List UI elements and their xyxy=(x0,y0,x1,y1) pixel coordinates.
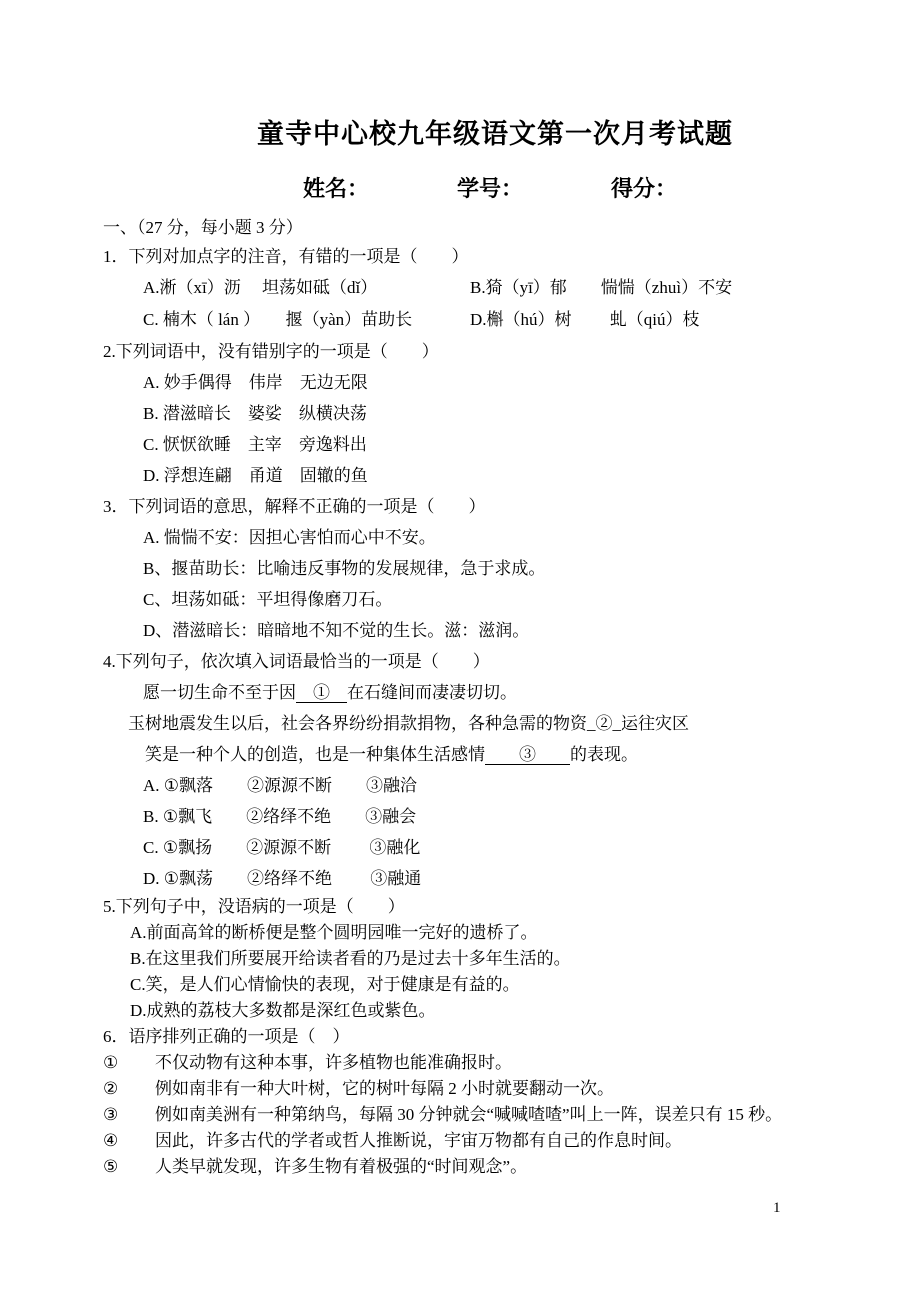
sentence-1-pre: 愿一切生命不至于因 xyxy=(143,683,296,702)
page-title: 童寺中心校九年级语文第一次月考试题 xyxy=(0,0,920,152)
question-6-sentence-5: ⑤ 人类早就发现，许多生物有着极强的“时间观念”。 xyxy=(103,1154,880,1180)
question-1-option-b: B.猗（yī）郁 惴惴（zhuì）不安 xyxy=(470,272,732,304)
question-3-stem: 3．下列词语的意思，解释不正确的一项是（ ） xyxy=(103,491,880,522)
question-4-option-a: A. ①飘落 ②源源不断 ③融洽 xyxy=(143,770,880,801)
question-6-stem: 6．语序排列正确的一项是（ ） xyxy=(103,1024,880,1050)
question-2-option-c: C. 恹恹欲睡 主宰 旁逸料出 xyxy=(143,429,880,460)
question-4-stem: 4.下列句子，依次填入词语最恰当的一项是（ ） xyxy=(103,646,880,677)
sentence-1-post: 在石缝间而凄凄切切。 xyxy=(347,683,517,702)
question-3: 3．下列词语的意思，解释不正确的一项是（ ） A. 惴惴不安：因担心害怕而心中不… xyxy=(103,491,880,646)
question-6-sentence-2-text: 例如南非有一种大叶树，它的树叶每隔 2 小时就要翻动一次。 xyxy=(155,1076,614,1102)
question-3-option-a: A. 惴惴不安：因担心害怕而心中不安。 xyxy=(143,522,880,553)
question-2-option-b: B. 潜滋暗长 婆娑 纵横决荡 xyxy=(143,398,880,429)
question-3-option-d: D、潜滋暗长：暗暗地不知不觉的生长。滋：滋润。 xyxy=(143,615,880,646)
section-heading: 一、（27 分，每小题 3 分） xyxy=(103,215,880,241)
question-5: 5.下列句子中，没语病的一项是（ ） A.前面高耸的断桥便是整个圆明园唯一完好的… xyxy=(103,894,880,1024)
exam-body: 一、（27 分，每小题 3 分） 1．下列对加点字的注音，有错的一项是（ ） A… xyxy=(0,215,920,1180)
question-3-option-b: B、揠苗助长：比喻违反事物的发展规律，急于求成。 xyxy=(143,553,880,584)
exam-page: 童寺中心校九年级语文第一次月考试题 姓名： 学号： 得分： 一、（27 分，每小… xyxy=(0,0,920,1302)
question-2-option-d: D. 浮想连翩 甬道 固辙的鱼 xyxy=(143,460,880,491)
question-6-sentence-3-text: 例如南美洲有一种第纳鸟，每隔 30 分钟就会“喊喊喳喳”叫上一阵，误差只有 15… xyxy=(155,1102,782,1128)
page-number: 1 xyxy=(773,1198,781,1218)
question-1-option-a: A.淅（xī）沥 坦荡如砥（dǐ） xyxy=(143,272,470,304)
question-2-option-a: A. 妙手偶得 伟岸 无边无限 xyxy=(143,367,880,398)
question-5-option-b: B.在这里我们所要展开给读者看的乃是过去十多年生活的。 xyxy=(130,946,880,972)
question-4-option-d: D. ①飘荡 ②络绎不绝 ③融通 xyxy=(143,863,880,894)
question-1-options-row-2: C. 楠木（ lán ） 揠（yàn）苗助长 D.槲（hú）树 虬（qiú）枝 xyxy=(143,304,880,336)
question-6: 6．语序排列正确的一项是（ ） ① 不仅动物有这种本事，许多植物也能准确报时。 … xyxy=(103,1024,880,1180)
circled-number-2: ② xyxy=(103,1076,155,1102)
question-6-sentence-3: ③ 例如南美洲有一种第纳鸟，每隔 30 分钟就会“喊喊喳喳”叫上一阵，误差只有 … xyxy=(103,1102,880,1128)
question-4: 4.下列句子，依次填入词语最恰当的一项是（ ） 愿一切生命不至于因 ① 在石缝间… xyxy=(103,646,880,894)
question-5-stem: 5.下列句子中，没语病的一项是（ ） xyxy=(103,894,880,920)
question-4-option-c: C. ①飘扬 ②源源不断 ③融化 xyxy=(143,832,880,863)
score-label: 得分： xyxy=(611,174,677,203)
question-6-sentence-4-text: 因此，许多古代的学者或哲人推断说，宇宙万物都有自己的作息时间。 xyxy=(155,1128,682,1154)
question-4-sentence-1: 愿一切生命不至于因 ① 在石缝间而凄凄切切。 xyxy=(143,677,880,708)
question-5-option-d: D.成熟的荔枝大多数都是深红色或紫色。 xyxy=(130,998,880,1024)
question-4-option-b: B. ①飘飞 ②络绎不绝 ③融会 xyxy=(143,801,880,832)
blank-1: ① xyxy=(296,683,347,702)
sentence-3-pre: 笑是一种个人的创造，也是一种集体生活感情 xyxy=(145,745,485,764)
name-label: 姓名： xyxy=(303,174,369,203)
student-info-line: 姓名： 学号： 得分： xyxy=(0,174,920,203)
question-1-options-row-1: A.淅（xī）沥 坦荡如砥（dǐ） B.猗（yī）郁 惴惴（zhuì）不安 xyxy=(143,272,880,304)
question-1-option-d: D.槲（hú）树 虬（qiú）枝 xyxy=(470,304,700,336)
question-1-stem: 1．下列对加点字的注音，有错的一项是（ ） xyxy=(103,241,880,272)
question-2: 2.下列词语中，没有错别字的一项是（ ） A. 妙手偶得 伟岸 无边无限 B. … xyxy=(103,336,880,491)
circled-number-3: ③ xyxy=(103,1102,155,1128)
question-3-option-c: C、坦荡如砥：平坦得像磨刀石。 xyxy=(143,584,880,615)
blank-3: ③ xyxy=(485,745,570,764)
question-4-sentence-2: 玉树地震发生以后，社会各界纷纷捐款捐物，各种急需的物资_②_运往灾区 xyxy=(128,708,880,739)
question-2-stem: 2.下列词语中，没有错别字的一项是（ ） xyxy=(103,336,880,367)
question-4-sentence-3: 笑是一种个人的创造，也是一种集体生活感情 ③ 的表现。 xyxy=(145,739,880,770)
student-id-label: 学号： xyxy=(457,174,523,203)
sentence-3-post: 的表现。 xyxy=(570,745,638,764)
question-6-sentence-2: ② 例如南非有一种大叶树，它的树叶每隔 2 小时就要翻动一次。 xyxy=(103,1076,880,1102)
question-1-option-c: C. 楠木（ lán ） 揠（yàn）苗助长 xyxy=(143,304,470,336)
question-6-sentence-1-text: 不仅动物有这种本事，许多植物也能准确报时。 xyxy=(155,1050,512,1076)
circled-number-5: ⑤ xyxy=(103,1154,155,1180)
question-6-sentence-1: ① 不仅动物有这种本事，许多植物也能准确报时。 xyxy=(103,1050,880,1076)
question-6-sentence-4: ④ 因此，许多古代的学者或哲人推断说，宇宙万物都有自己的作息时间。 xyxy=(103,1128,880,1154)
question-1: 1．下列对加点字的注音，有错的一项是（ ） A.淅（xī）沥 坦荡如砥（dǐ） … xyxy=(103,241,880,336)
question-6-sentence-5-text: 人类早就发现，许多生物有着极强的“时间观念”。 xyxy=(155,1154,527,1180)
question-5-option-c: C.笑，是人们心情愉快的表现，对于健康是有益的。 xyxy=(130,972,880,998)
circled-number-1: ① xyxy=(103,1050,155,1076)
circled-number-4: ④ xyxy=(103,1128,155,1154)
question-5-option-a: A.前面高耸的断桥便是整个圆明园唯一完好的遗桥了。 xyxy=(130,920,880,946)
